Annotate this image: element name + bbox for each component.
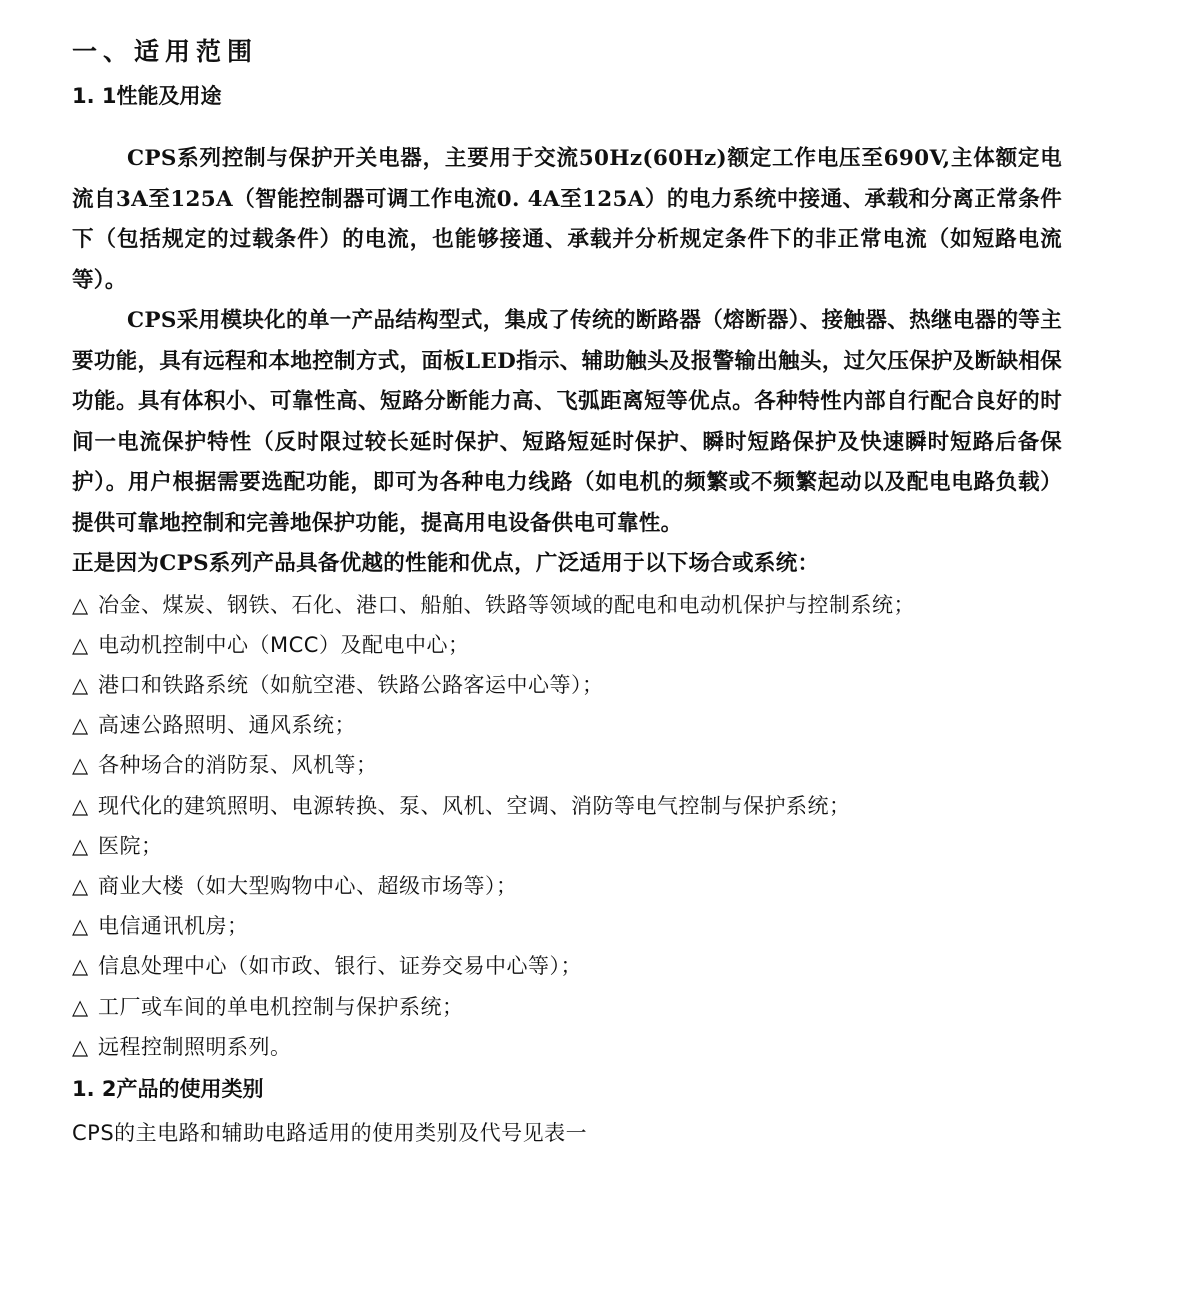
list-item: △各种场合的消防泵、风机等； — [72, 745, 1062, 785]
section-title: 一、适用范围 — [72, 30, 1062, 74]
triangle-bullet-icon: △ — [72, 946, 98, 986]
triangle-bullet-icon: △ — [72, 826, 98, 866]
list-item: △远程控制照明系列。 — [72, 1027, 1062, 1067]
subsection-title-1-1: 1. 1性能及用途 — [72, 74, 1062, 118]
list-item: △工厂或车间的单电机控制与保护系统； — [72, 987, 1062, 1027]
triangle-bullet-icon: △ — [72, 906, 98, 946]
triangle-bullet-icon: △ — [72, 745, 98, 785]
triangle-bullet-icon: △ — [72, 866, 98, 906]
list-item: △港口和铁路系统（如航空港、铁路公路客运中心等）； — [72, 665, 1062, 705]
list-item: △现代化的建筑照明、电源转换、泵、风机、空调、消防等电气控制与保护系统； — [72, 786, 1062, 826]
list-item: △信息处理中心（如市政、银行、证券交易中心等）； — [72, 946, 1062, 986]
list-item: △商业大楼（如大型购物中心、超级市场等）； — [72, 866, 1062, 906]
applications-list: △冶金、煤炭、钢铁、石化、港口、船舶、铁路等领域的配电和电动机保护与控制系统； … — [72, 585, 1062, 1067]
list-item: △电信通讯机房； — [72, 906, 1062, 946]
document-page: 一、适用范围 1. 1性能及用途 CPS系列控制与保护开关电器，主要用于交流50… — [72, 30, 1062, 1155]
subsection-title-1-2: 1. 2产品的使用类别 — [72, 1067, 1062, 1111]
paragraph-usage-categories: CPS的主电路和辅助电路适用的使用类别及代号见表一 — [72, 1111, 1062, 1155]
paragraph-structure: CPS采用模块化的单一产品结构型式，集成了传统的断路器（熔断器）、接触器、热继电… — [72, 301, 1062, 544]
triangle-bullet-icon: △ — [72, 987, 98, 1027]
triangle-bullet-icon: △ — [72, 585, 98, 625]
list-item: △医院； — [72, 826, 1062, 866]
list-item: △高速公路照明、通风系统； — [72, 705, 1062, 745]
paragraph-performance: CPS系列控制与保护开关电器，主要用于交流50Hz(60Hz)额定工作电压至69… — [72, 139, 1062, 301]
triangle-bullet-icon: △ — [72, 786, 98, 826]
triangle-bullet-icon: △ — [72, 705, 98, 745]
triangle-bullet-icon: △ — [72, 625, 98, 665]
paragraph-applications-intro: 正是因为CPS系列产品具备优越的性能和优点，广泛适用于以下场合或系统： — [72, 544, 1062, 585]
triangle-bullet-icon: △ — [72, 665, 98, 705]
list-item: △电动机控制中心（MCC）及配电中心； — [72, 625, 1062, 665]
triangle-bullet-icon: △ — [72, 1027, 98, 1067]
list-item: △冶金、煤炭、钢铁、石化、港口、船舶、铁路等领域的配电和电动机保护与控制系统； — [72, 585, 1062, 625]
